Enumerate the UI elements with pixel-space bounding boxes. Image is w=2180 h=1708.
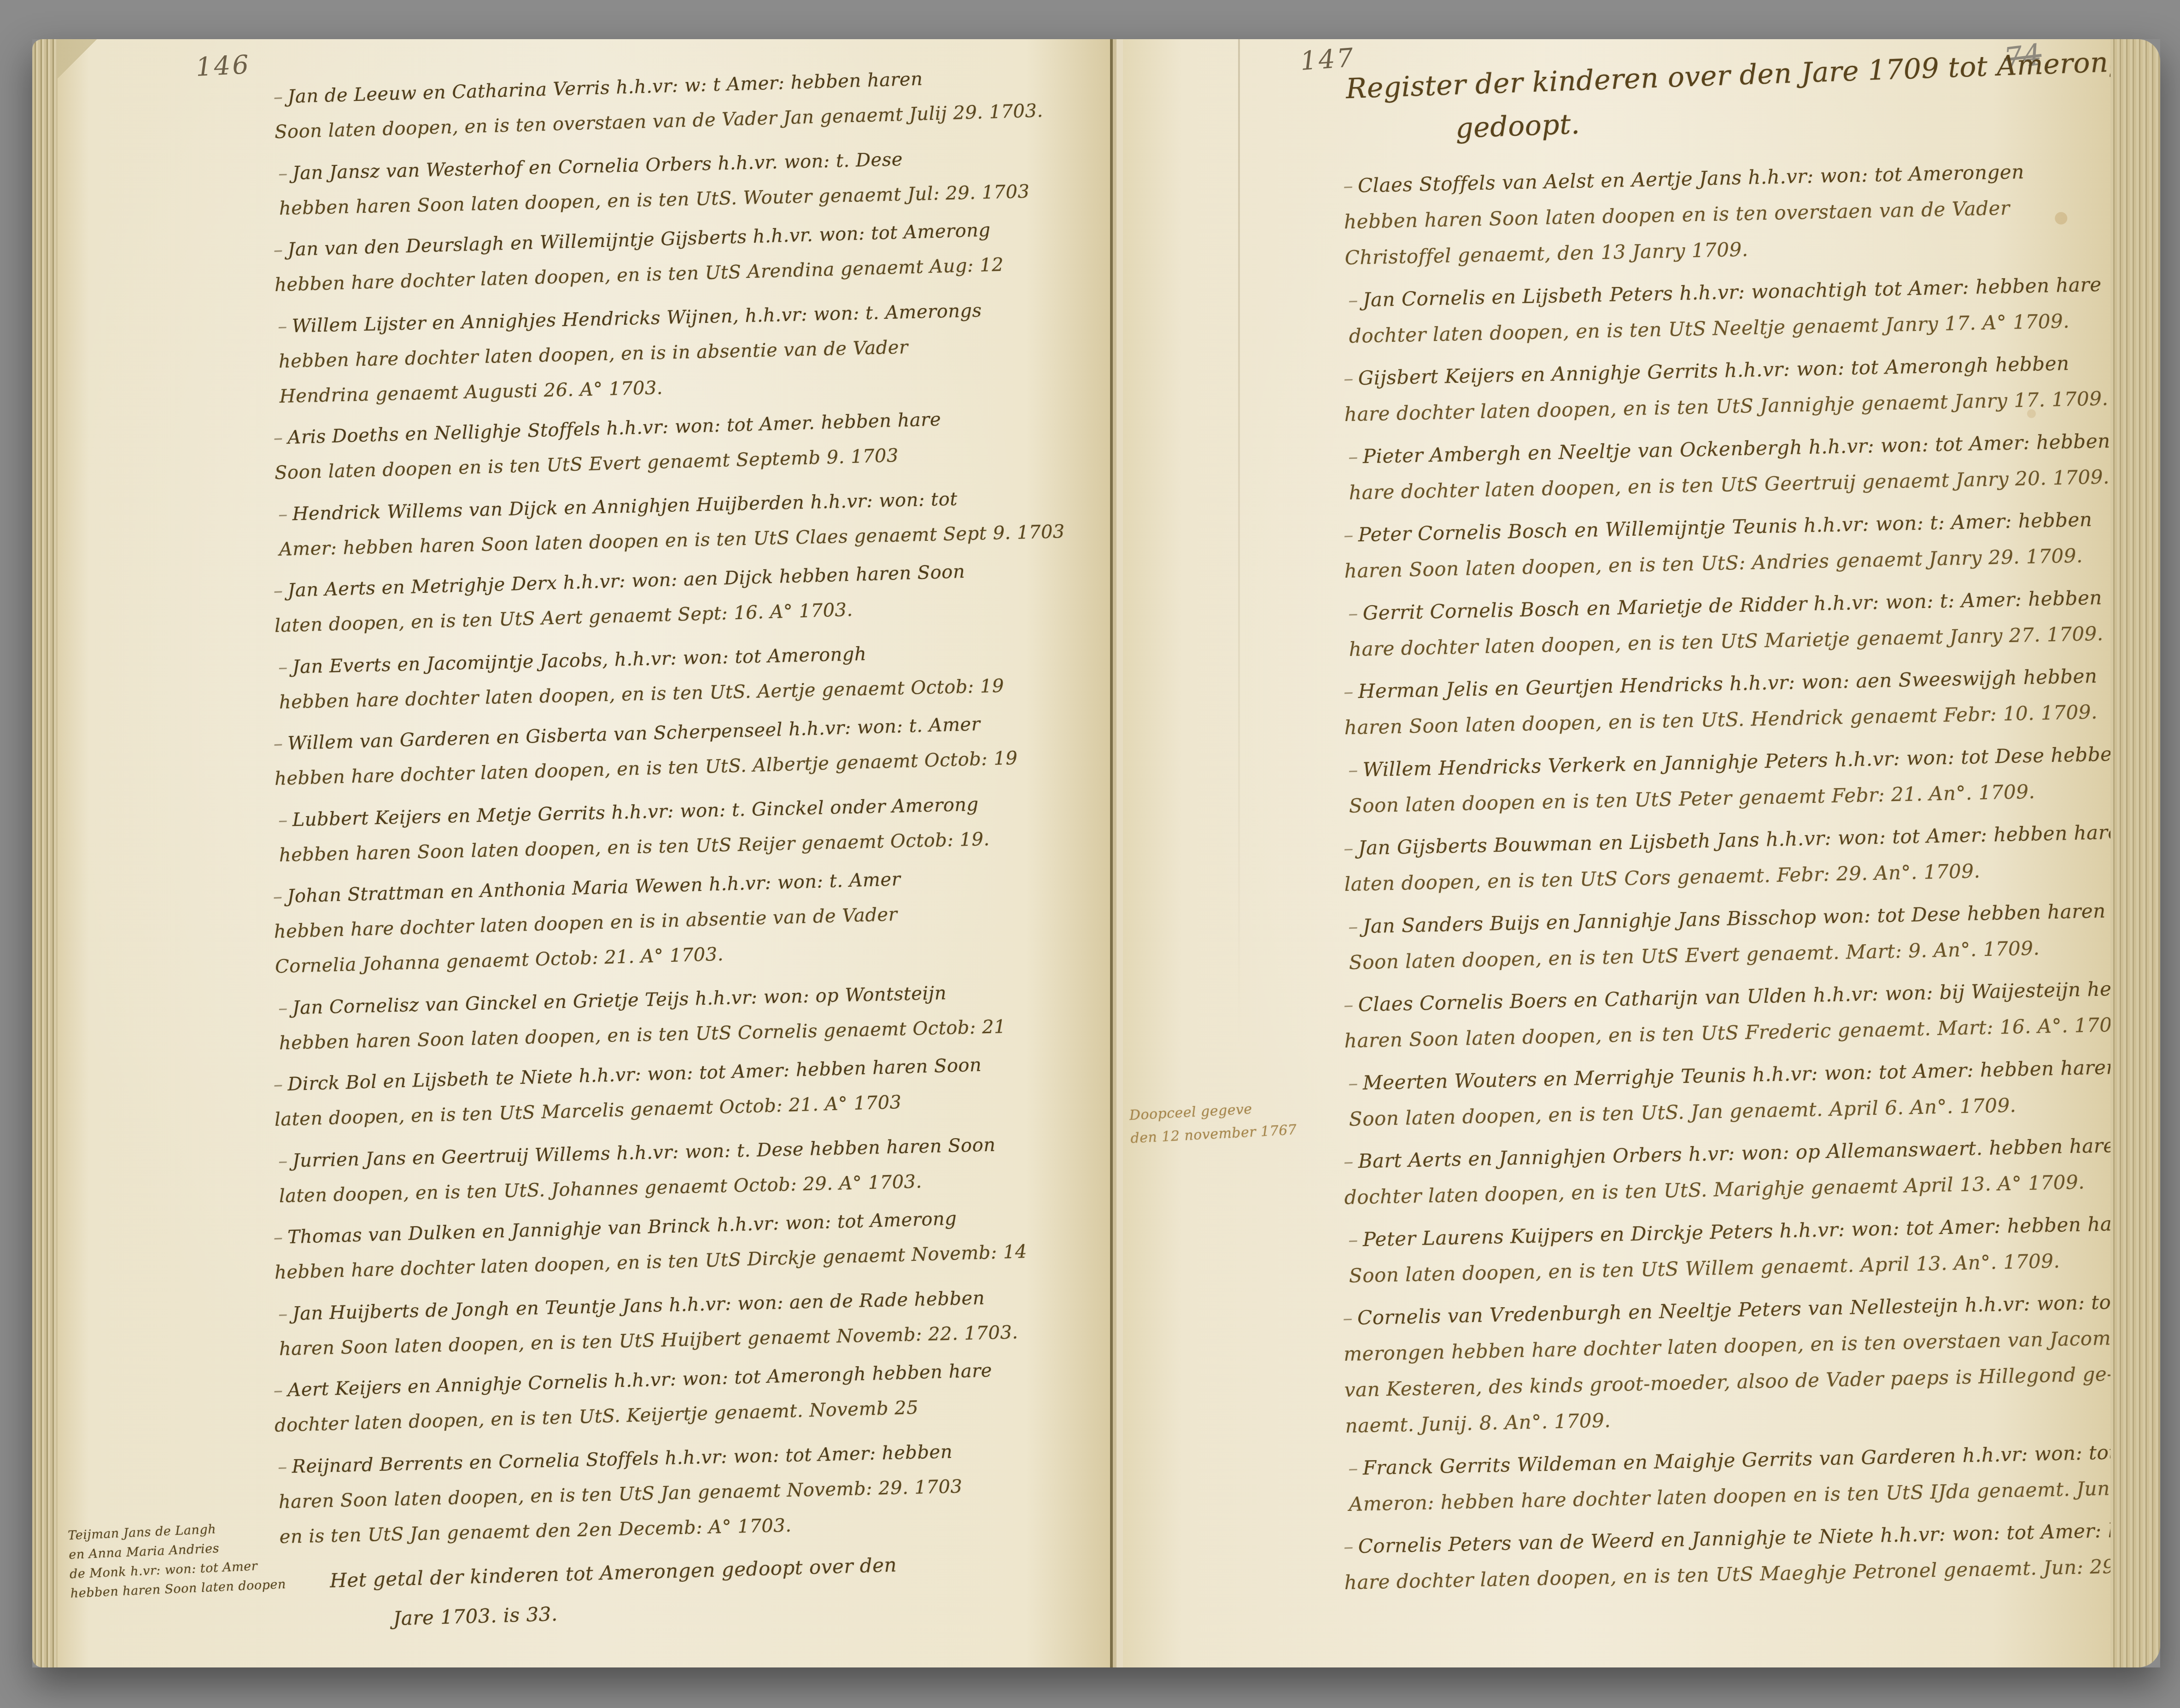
register-heading: Register der kinderen over den Jare 1709… — [1123, 39, 2110, 168]
baptism-entry: Herman Jelis en Geurtjen Hendricks h.h.v… — [1343, 658, 2106, 746]
scanner-background: 146 Jan de Leeuw en Catharina Verris h.h… — [0, 0, 2180, 1708]
baptism-entry: Reijnard Berrents en Cornelia Stoffels h… — [277, 1431, 1106, 1555]
baptism-entry: Bart Aerts en Jannighjen Orbers h.vr: wo… — [1343, 1128, 2106, 1216]
baptism-entry: Gerrit Cornelis Bosch en Marietje de Rid… — [1348, 580, 2106, 667]
baptism-entry: Jan de Leeuw en Catharina Verris h.h.vr:… — [273, 57, 1106, 150]
page-number-left: 146 — [195, 50, 251, 82]
baptism-entry: Pieter Ambergh en Neeltje van Ockenbergh… — [1348, 423, 2106, 511]
baptism-entry: Gijsbert Keijers en Annighje Gerrits h.h… — [1343, 345, 2106, 433]
baptism-entry: Cornelis van Vredenburgh en Neeltje Pete… — [1343, 1284, 2107, 1444]
baptism-entry: Claes Stoffels van Aelst en Aertje Jans … — [1343, 152, 2107, 276]
baptism-entry: Jan Sanders Buijs en Jannighje Jans Biss… — [1348, 893, 2106, 981]
page-stack-edge-left — [32, 39, 58, 1667]
baptism-entry: Willem Lijster en Annighjes Hendricks Wi… — [277, 290, 1106, 414]
baptism-entry: Franck Gerrits Wildeman en Maighje Gerri… — [1348, 1435, 2106, 1522]
book-gutter — [1110, 39, 1123, 1667]
page-147: 147 74 Register der kinderen over den Ja… — [1123, 39, 2110, 1667]
baptism-entries-1709: Claes Stoffels van Aelst en Aertje Jans … — [1123, 168, 2110, 1601]
baptism-entry: Jan Gijsberts Bouwman en Lijsbeth Jans h… — [1343, 814, 2106, 902]
baptism-entry: Peter Laurens Kuijpers en Dirckje Peters… — [1348, 1206, 2106, 1294]
baptism-entry: Willem Hendricks Verkerk en Jannighje Pe… — [1348, 737, 2106, 824]
baptism-entry: Peter Cornelis Bosch en Willemijntje Teu… — [1343, 501, 2106, 589]
page-stack-edge-right — [2110, 39, 2160, 1667]
page-corner-fold — [58, 39, 97, 78]
baptism-entry: Meerten Wouters en Merrighje Teunis h.h.… — [1348, 1050, 2106, 1137]
baptism-entries-1703: Jan de Leeuw en Catharina Verris h.h.vr:… — [58, 39, 1110, 1555]
margin-note-teijman-jans: Teijman Jans de Langhen Anna Maria Andri… — [68, 1516, 310, 1604]
baptism-entry: Jan Cornelis en Lijsbeth Peters h.h.vr: … — [1348, 267, 2106, 354]
baptism-register-book: 146 Jan de Leeuw en Catharina Verris h.h… — [32, 39, 2160, 1667]
baptism-entry: Claes Cornelis Boers en Catharijn van Ul… — [1343, 971, 2106, 1059]
baptism-entry: Cornelis Peters van de Weerd en Jannighj… — [1343, 1513, 2106, 1601]
page-146: 146 Jan de Leeuw en Catharina Verris h.h… — [58, 39, 1110, 1667]
baptism-entry: Johan Strattman en Anthonia Maria Wewen … — [273, 856, 1107, 984]
